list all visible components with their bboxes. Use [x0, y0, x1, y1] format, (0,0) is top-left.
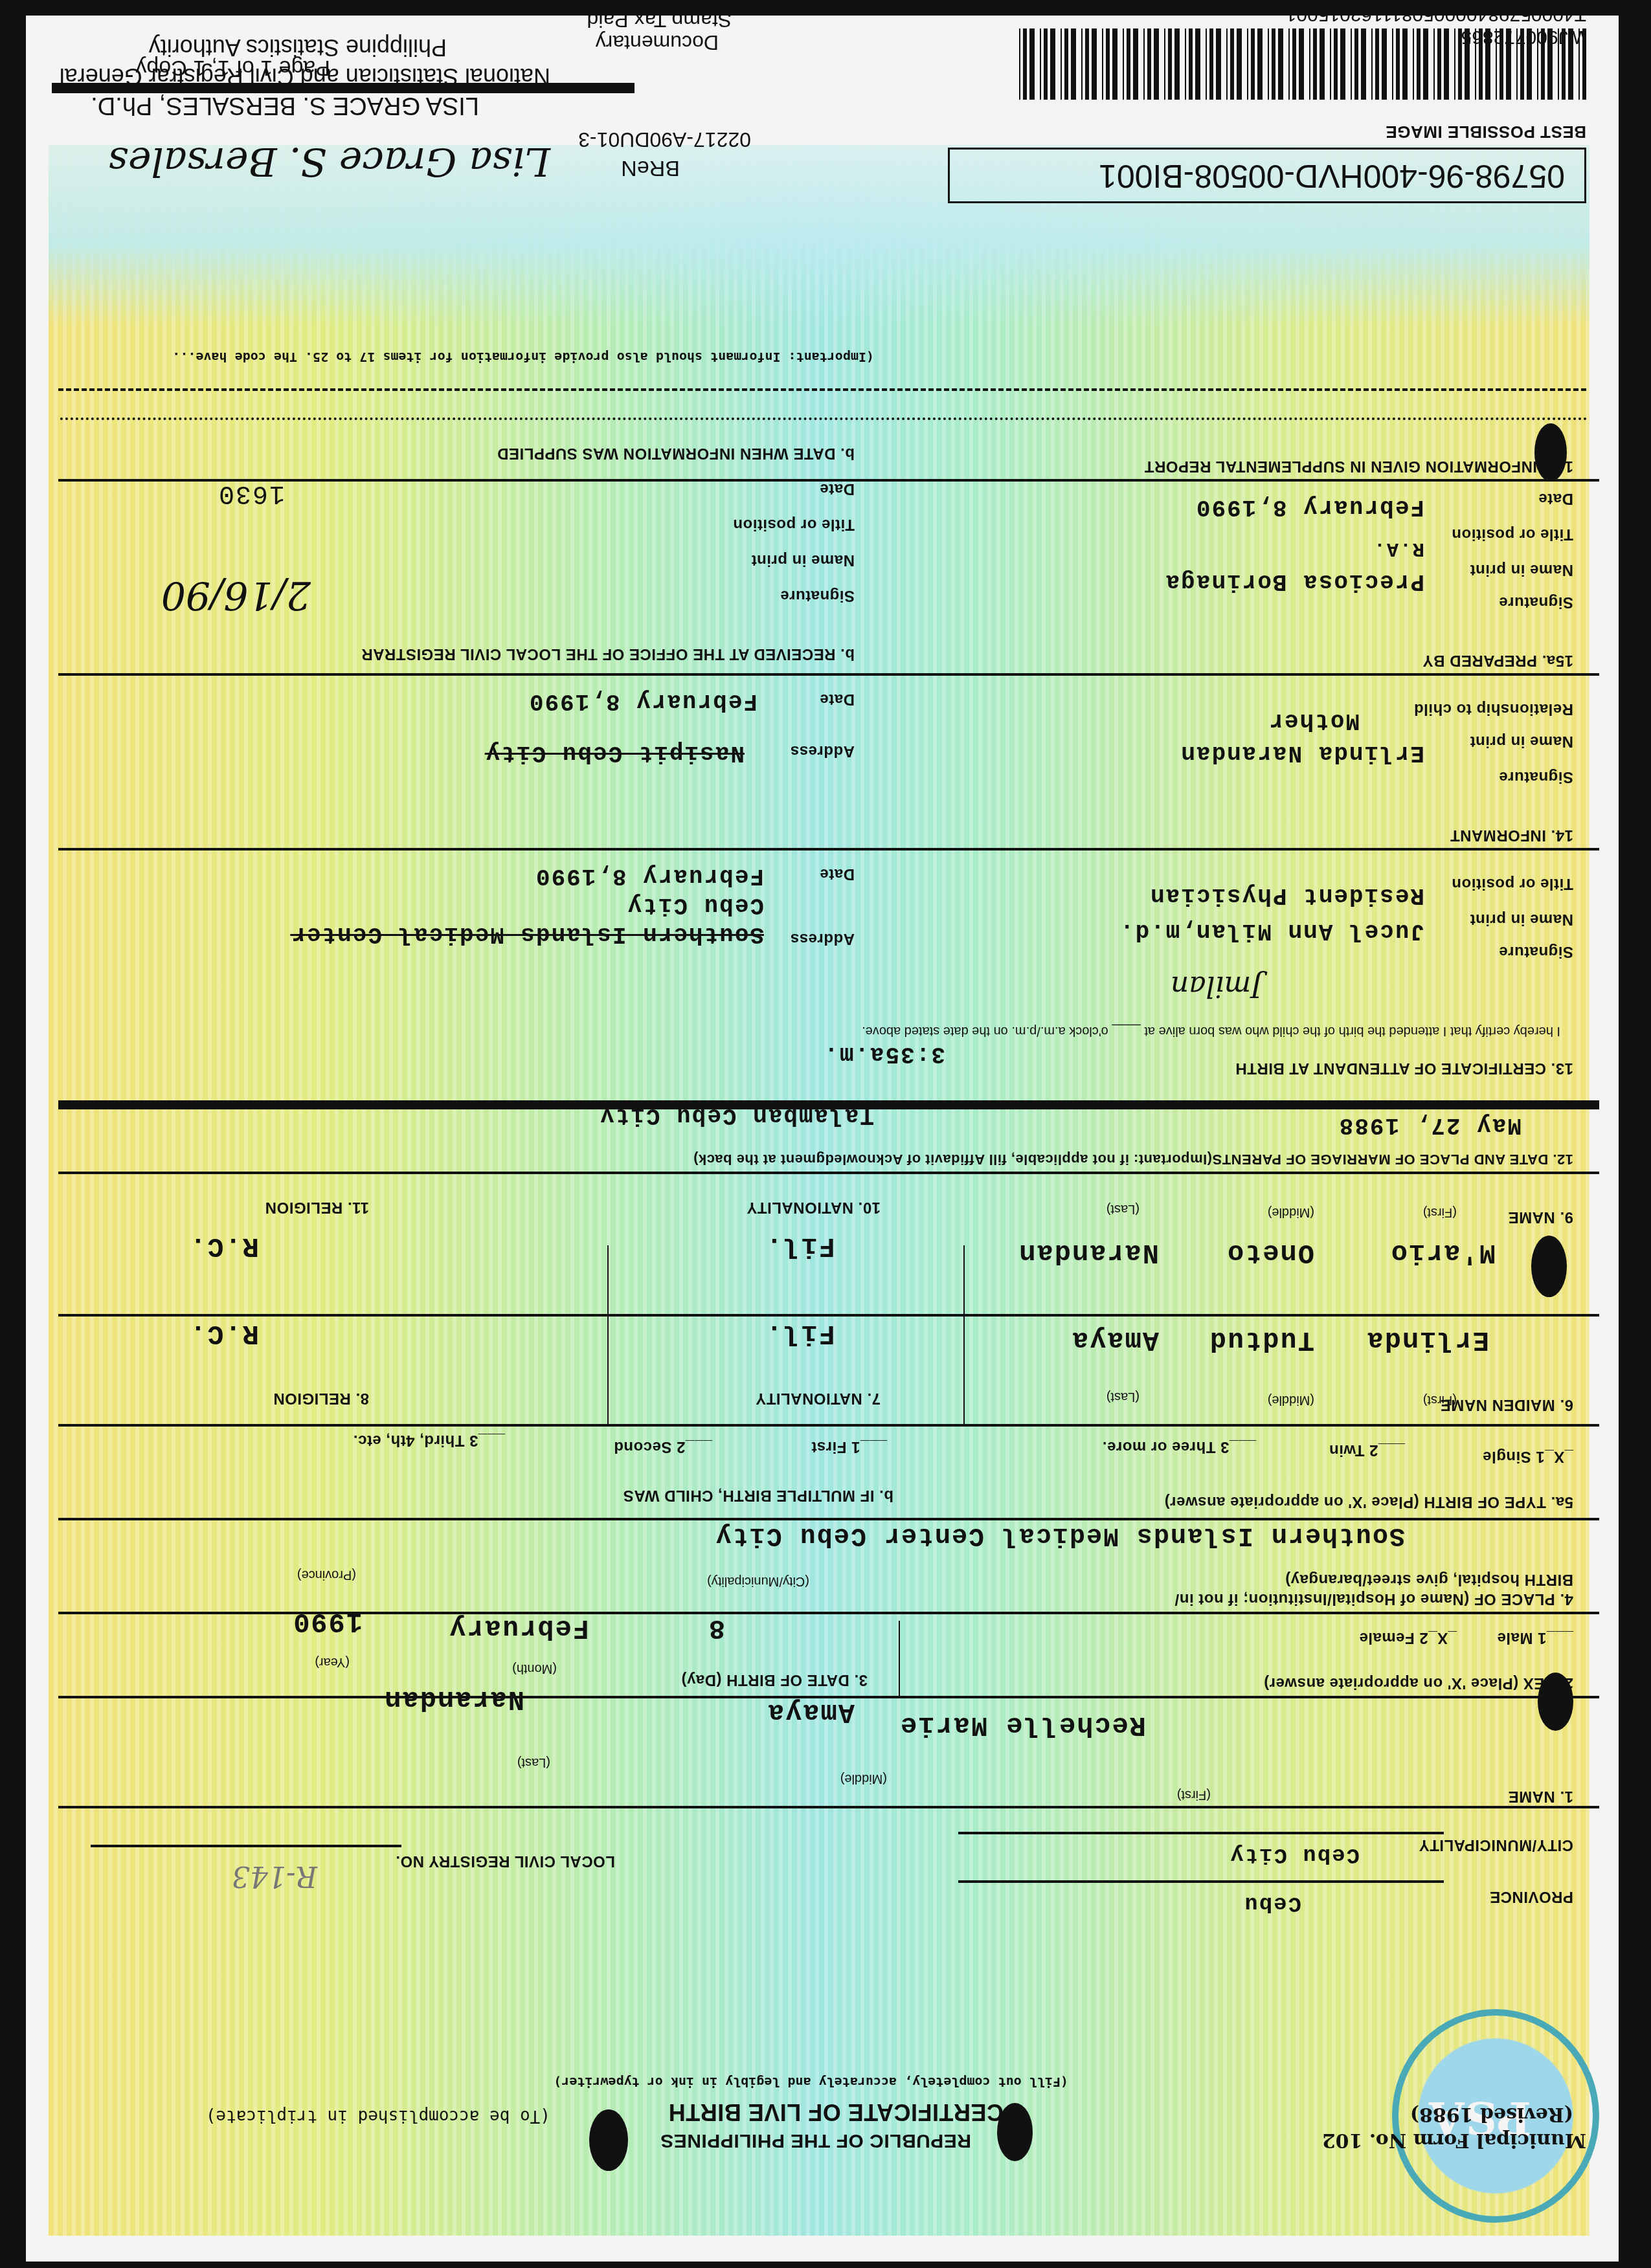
sex-option-male: ___1 Male — [1497, 1629, 1573, 1647]
divider — [58, 1518, 1599, 1520]
place-of-birth-label-2: BIRTH hospital, give street/barangay) — [1285, 1570, 1573, 1588]
received-title-label: Title or position — [733, 515, 855, 533]
sex-option-female: _X_2 Female — [1359, 1629, 1457, 1647]
prepared-title-label: Title or position — [1452, 525, 1573, 543]
registrar-organization: Philippine Statistics Authority — [149, 34, 447, 61]
dob-day: 8 — [708, 1612, 725, 1643]
type-single: _X_1 Single — [1483, 1447, 1573, 1465]
father-middle-caption: (Middle) — [1268, 1205, 1314, 1219]
attendant-signature-label: Signature — [1499, 942, 1573, 961]
prepared-title: R.A. — [1373, 537, 1424, 559]
mother-religion-label: 8. RELIGION — [273, 1389, 369, 1407]
city-label: CITY/MUNICIPALITY — [1419, 1836, 1573, 1854]
birth-time: 3:35a.m. — [823, 1041, 945, 1067]
bren-label: BReN — [621, 155, 680, 181]
child-last-name: Narandan — [383, 1684, 524, 1715]
mother-religion: R.C. — [188, 1318, 259, 1349]
divider — [58, 1172, 1599, 1174]
received-signature-label: Signature — [780, 586, 855, 605]
child-middle-name: Amaya — [767, 1696, 855, 1728]
province-caption: (Province) — [297, 1567, 356, 1582]
punch-hole — [589, 2109, 628, 2171]
attendant-name: Jucel Ann Milan,m.d. — [1119, 918, 1424, 944]
certification-code: 05798-96-400HVD-00508-BI001 — [1099, 157, 1565, 195]
type-of-birth-label: 5a. TYPE OF BIRTH (Place 'X' on appropri… — [1164, 1493, 1573, 1511]
form-revised: (Revised 1988) — [1410, 2103, 1573, 2126]
informant-address: Nasipit Cebu City — [485, 740, 745, 766]
prepared-by-label: 15a. PREPARED BY — [1422, 651, 1573, 669]
attendant-label: 13. CERTIFICATE OF ATTENDANT AT BIRTH — [1235, 1059, 1573, 1077]
mother-middle-name: Tudtud — [1209, 1324, 1314, 1355]
province-line — [958, 1880, 1444, 1883]
attendant-address-label: Address — [790, 929, 855, 948]
divider — [58, 673, 1599, 676]
prepared-date-label: Date — [1538, 489, 1573, 507]
informant-relationship-label: Relationship to child — [1413, 700, 1573, 718]
received-label: b. RECEIVED AT THE OFFICE OF THE LOCAL C… — [361, 645, 855, 663]
divider — [58, 1696, 1599, 1698]
mother-middle-caption: (Middle) — [1268, 1392, 1314, 1407]
mother-nationality-label: 7. NATIONALITY — [756, 1389, 881, 1407]
father-last-caption: (Last) — [1106, 1201, 1140, 1216]
republic-header: REPUBLIC OF THE PHILIPPINES — [660, 2129, 971, 2151]
mother-nationality: Fil. — [765, 1318, 835, 1349]
marriage-label: 12. DATE AND PLACE OF MARRIAGE OF PARENT… — [693, 1151, 1573, 1168]
place-of-birth-value: Southern Islands Medical Center Cebu Cit… — [715, 1520, 1405, 1550]
city-caption: (City/Municipality) — [707, 1573, 809, 1588]
divider — [58, 1314, 1599, 1317]
father-religion-label: 11. RELIGION — [265, 1198, 369, 1216]
first-caption: (First) — [1177, 1787, 1211, 1802]
informant-name-label: Name in print — [1470, 732, 1573, 750]
lcr-label: LOCAL CIVIL REGISTRY NO. — [396, 1852, 615, 1870]
father-last-name: Narandan — [1018, 1237, 1159, 1268]
father-first-caption: (First) — [1423, 1205, 1457, 1219]
certification-code-box: 05798-96-400HVD-00508-BI001 — [948, 148, 1586, 203]
province-label: PROVINCE — [1490, 1887, 1573, 1906]
dotted-line — [58, 417, 1586, 420]
punch-hole — [1531, 1236, 1567, 1297]
father-nationality: Fil. — [765, 1230, 835, 1262]
informant-address-label: Address — [790, 742, 855, 760]
bren-value: 02217-A90DU01-3 — [578, 128, 751, 151]
father-religion: R.C. — [188, 1230, 259, 1262]
multiple-birth-label: b. IF MULTIPLE BIRTH, CHILD WAS — [623, 1486, 893, 1504]
mother-first-name: Erlinda — [1366, 1324, 1489, 1355]
prepared-signature-label: Signature — [1499, 593, 1573, 611]
attendant-address-2: Cebu City — [627, 892, 764, 918]
city-value: Cebu City — [1229, 1842, 1360, 1867]
informant-date-label: Date — [820, 690, 855, 708]
divider — [58, 479, 1599, 482]
supplemental-date-label: b. DATE WHEN INFORMATION WAS SUPPLIED — [497, 444, 855, 462]
multiple-second: ___2 Second — [614, 1438, 712, 1456]
province-value: Cebu — [1243, 1891, 1301, 1915]
divider — [963, 1245, 965, 1427]
informant-name: Erlinda Narandan — [1180, 740, 1424, 766]
father-name-label: 9. NAME — [1508, 1208, 1573, 1226]
registrar-title: National Statistician and Civil Registra… — [60, 63, 550, 90]
received-time: 1630 — [218, 478, 285, 507]
stamp-tax-line1: Documentary — [596, 30, 719, 54]
divider — [58, 848, 1599, 850]
received-date-label: Date — [820, 480, 855, 498]
sex-label: 2. SEX (Place 'X' on appropriate answer) — [1264, 1674, 1573, 1692]
attendant-title: Resident Physician — [1149, 882, 1424, 909]
attendant-signature[interactable]: Jmilan — [1171, 970, 1263, 1003]
attendant-date: February 8,1990 — [535, 863, 764, 889]
stamp-tax-line2: Stamp Tax Paid — [587, 8, 732, 32]
informant-relationship: Mother — [1268, 707, 1360, 734]
certificate-sheet: Page 1 of 1, 1 Copy PSA Municipal Form N… — [0, 0, 1651, 2268]
divider — [58, 1612, 1599, 1614]
multiple-first: ___1 First — [811, 1438, 887, 1456]
divider — [58, 1424, 1599, 1427]
type-three: ___3 Three or more. — [1102, 1438, 1256, 1456]
attendant-certify: I hereby certify that I attended the bir… — [862, 1023, 1560, 1038]
mother-first-caption: (First) — [1423, 1392, 1457, 1407]
fill-instruction: (Fill out completely, accurately and leg… — [554, 2074, 1068, 2090]
divider — [58, 1806, 1599, 1808]
mother-last-caption: (Last) — [1106, 1389, 1140, 1404]
received-name-label: Name in print — [751, 551, 855, 569]
middle-caption: (Middle) — [840, 1771, 887, 1786]
divider — [607, 1245, 609, 1427]
type-twin: ___2 Twin — [1329, 1441, 1405, 1459]
year-caption: (Year) — [315, 1654, 350, 1669]
marriage-date: May 27, 1988 — [1338, 1112, 1522, 1139]
name-label: 1. NAME — [1508, 1787, 1573, 1805]
informant-note: (Important: Informant should also provid… — [172, 350, 874, 365]
lcr-value: R-143 — [232, 1860, 317, 1893]
section-rule — [58, 1100, 1599, 1109]
mother-last-name: Amaya — [1071, 1324, 1159, 1355]
informant-signature-label: Signature — [1499, 768, 1573, 786]
divider — [899, 1621, 900, 1698]
control-number: WJ900772865 — [1461, 26, 1586, 48]
attendant-title-label: Title or position — [1452, 874, 1573, 893]
registrar-signature: Lisa Grace S. Bersales — [108, 139, 550, 184]
prepared-name: Preciosa Borinaga — [1165, 568, 1424, 595]
received-handwritten-date: 2/16/90 — [161, 572, 311, 617]
attendant-date-label: Date — [820, 865, 855, 883]
dob-month: February — [448, 1612, 589, 1643]
maiden-name-label: 6. MAIDEN NAME — [1440, 1395, 1573, 1414]
form-number: Municipal Form No. 102 — [1322, 2129, 1586, 2151]
last-caption: (Last) — [517, 1755, 550, 1770]
prepared-name-label: Name in print — [1470, 561, 1573, 579]
attendant-name-label: Name in print — [1470, 910, 1573, 928]
punch-hole — [1534, 423, 1567, 482]
supplemental-label: 16a. INFORMATION GIVEN IN SUPPLEMENTAL R… — [1144, 457, 1573, 475]
informant-label: 14. INFORMANT — [1450, 826, 1573, 844]
dob-label: 3. DATE OF BIRTH (Day) — [681, 1671, 868, 1689]
barcode-number: T400057984000050811162015001 — [1286, 3, 1586, 25]
triplicate-note: (To be accomplished in triplicate) — [206, 2106, 550, 2126]
dob-year: 1990 — [292, 1606, 363, 1637]
attendant-address-1: Southern Islands Medical Center — [290, 921, 764, 948]
prepared-date: February 8,1990 — [1195, 494, 1424, 520]
certificate-title: CERTIFICATE OF LIVE BIRTH — [668, 2098, 1004, 2126]
father-first-name: M'ario — [1390, 1237, 1496, 1268]
dashed-line — [58, 388, 1586, 391]
place-of-birth-label: 4. PLACE OF (Name of Hospital/Institutio… — [1174, 1590, 1573, 1608]
best-image-note: BEST POSSIBLE IMAGE — [1386, 122, 1586, 142]
child-first-name: Rechelle Marie — [899, 1709, 1146, 1740]
city-line — [958, 1832, 1444, 1834]
lcr-line — [91, 1845, 401, 1847]
father-nationality-label: 10. NATIONALITY — [747, 1198, 881, 1216]
month-caption: (Month) — [512, 1661, 557, 1676]
informant-date: February 8,1990 — [528, 688, 758, 715]
multiple-third: ___3 Third, 4th, etc. — [353, 1431, 505, 1449]
father-middle-name: Oneto — [1226, 1237, 1314, 1268]
registrar-name: LISA GRACE S. BERSALES, Ph.D. — [91, 91, 479, 119]
